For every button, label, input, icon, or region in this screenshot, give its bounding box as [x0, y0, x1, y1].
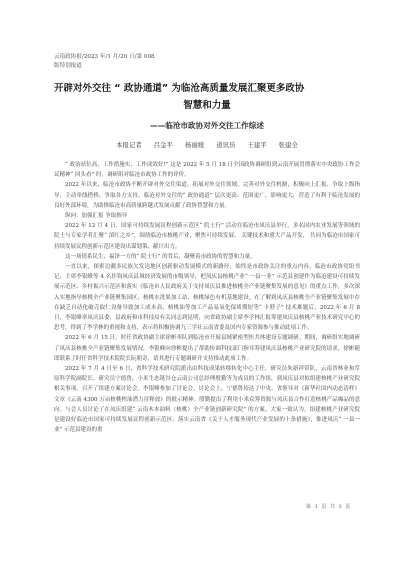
author-name: 吕金平 — [154, 141, 173, 149]
paragraph: 2022 年以来，临沧市政协不断开辟对外交往渠道，拓展对外交往领域，完善对外交往… — [54, 180, 360, 211]
title-line-2: 智慧和力量 — [54, 97, 360, 114]
byline: 本报记者 吕金平 杨丽媛 道讯员 王建平 张建全 — [54, 140, 360, 149]
paragraph: “ 政治站位高、工作措施实、工作成效好!” 这是 2022 年 5 月 18 日… — [54, 160, 360, 180]
article-body: “ 政治站位高、工作措施实、工作成效好!” 这是 2022 年 5 月 18 日… — [54, 160, 360, 435]
author-name: 道讯员 — [216, 141, 235, 149]
byline-label: 本报记者 — [116, 141, 142, 149]
paragraph: 2022 年 6 月 15 日，时任省政协副主席徐彬率队到临沧市开展县域紧密型医… — [54, 333, 360, 364]
title-line-1: 开辟对外交往 “ 政协通道” 为临沧高质量发展汇聚更多政协 — [54, 83, 304, 94]
publication-info: 云南政协报/2023 年/1 月/20 日/第 008 版特别报道 — [54, 53, 155, 71]
author-name: 张建全 — [279, 141, 298, 149]
section-line: 版特别报道 — [54, 62, 155, 71]
article-title: 开辟对外交往 “ 政协通道” 为临沧高质量发展汇聚更多政协 智慧和力量 — [54, 80, 360, 114]
source-line: 云南政协报/2023 年/1 月/20 日/第 008 — [54, 53, 155, 62]
document-page: 云南政协报/2023 年/1 月/20 日/第 008 版特别报道 开辟对外交往… — [0, 0, 410, 580]
article-subtitle: ——临沧市政协对外交往工作综述 — [54, 120, 360, 131]
paragraph: 这一场情系民生、福泽一方的“ 院士行” 的背后，凝聚着市政协的智慧和力量。 — [54, 252, 360, 262]
paragraph: 2022 年 7 月 4 日至 6 日，省科学技术研究院派出由科技成果转移转化中… — [54, 364, 360, 435]
author-name: 王建平 — [247, 141, 266, 149]
section-heading: 纵向：加强汇报 争取指导 — [54, 211, 360, 221]
page-number: 第 1 页 共 3 页 — [306, 503, 351, 510]
paragraph: 2022 年 12 月 4 日，国家可持续发展议程创新示范区“ 院士行” 活动在… — [54, 221, 360, 252]
paragraph: 一直以来，探索边疆多民族欠发达地区创新驱动发展模式的新路径，始终是市政协关注的重… — [54, 262, 360, 333]
author-name: 杨丽媛 — [185, 141, 204, 149]
